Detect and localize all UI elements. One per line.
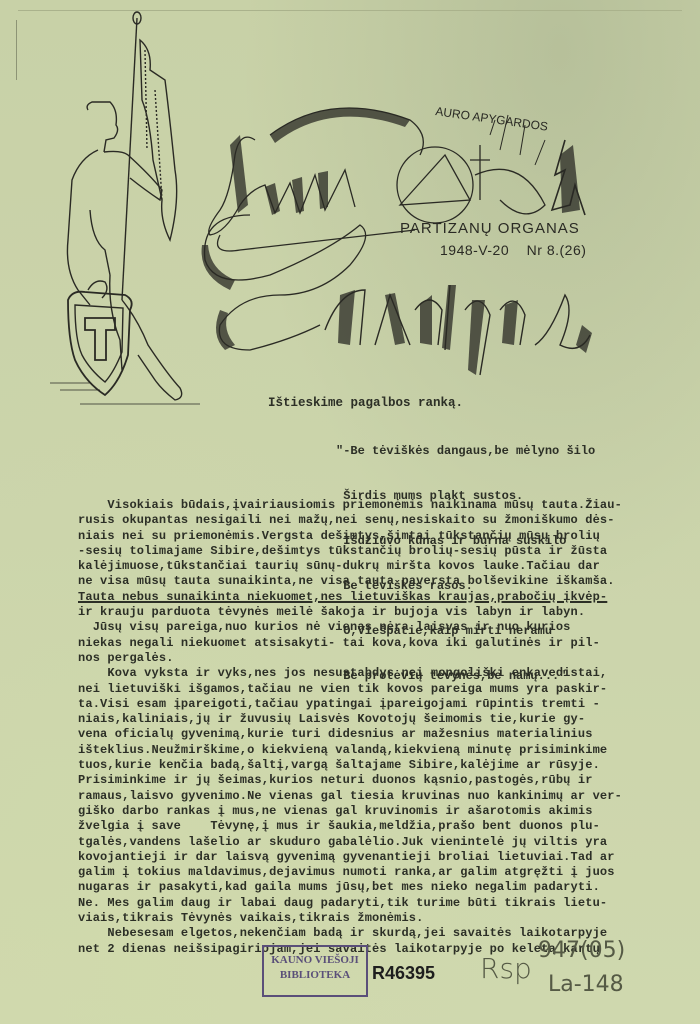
body-line: ramaus,laisvo gyvenimo.Ne vienas gal tie…: [78, 789, 688, 804]
inventory-number: R46395: [372, 963, 435, 984]
body-line: tuos,kurie kenčia badą,šaltį,vargą šalta…: [78, 758, 688, 773]
issue-number: Nr 8.(26): [527, 242, 587, 258]
body-line: kovojantieji ir dar laisvą gyvenimą gyve…: [78, 850, 688, 865]
body-line: vena oficialų gyvenimą,kurie turi didesn…: [78, 727, 688, 742]
body-line: rusis okupantas nesigaili nei mažų,nei s…: [78, 513, 688, 528]
issue-date: 1948-V-20: [440, 242, 509, 258]
body-line: galim į tokius maldavimus,dejavimus numo…: [78, 865, 688, 880]
shelf-mark-bottom: La-148: [548, 972, 624, 997]
body-line: tgalės,vandens lašelio ar skuduro gabalė…: [78, 835, 688, 850]
issue-date-number: 1948-V-20 Nr 8.(26): [440, 242, 586, 258]
masthead-calligraphy: AURO APYGARDOS: [180, 95, 630, 385]
shelf-prefix: Rsp: [480, 952, 532, 985]
body-line: Prisiminkime ir jų šeimas,kurios neturi …: [78, 773, 688, 788]
body-line: ne visa mūsų tauta sunaikinta,ne visa ta…: [78, 574, 688, 589]
body-line: Visokiais būdais,įvairiausiomis priemonė…: [78, 498, 688, 513]
body-line: išteklius.Neužmirškime,o kiekvieną valan…: [78, 743, 688, 758]
body-line: nei lietuviški išgamos,tačiau ne vien ti…: [78, 682, 688, 697]
stamp-line: BIBLIOTEKA: [264, 968, 366, 983]
body-line: niais,kaliniais,jų ir žuvusių Laisvės Ko…: [78, 712, 688, 727]
poem-line: "-Be tėviškės dangaus,be mėlyno šilo: [336, 444, 595, 459]
body-line: Ne. Mes galim daug ir labai daug padaryt…: [78, 896, 688, 911]
publication-subtitle: PARTIZANŲ ORGANAS: [400, 220, 580, 237]
body-line: viais,tikrais Tėvynės vaikais,tikrais žm…: [78, 911, 688, 926]
stamp-line: KAUNO VIEŠOJI: [264, 953, 366, 968]
body-line: Jūsų visų pareiga,nuo kurios nė vienas n…: [78, 620, 688, 635]
library-stamp: KAUNO VIEŠOJI BIBLIOTEKA: [262, 945, 368, 997]
body-line: Kova vyksta ir vyks,nes jos nesustabdys …: [78, 666, 688, 681]
shelf-mark-top: 947(05): [538, 938, 625, 963]
article-body: Visokiais būdais,įvairiausiomis priemonė…: [78, 498, 688, 957]
document-page: AURO APYGARDOS PARTIZANŲ ORGANAS 1948-V-…: [0, 0, 700, 1024]
article-title: Ištieskime pagalbos ranką.: [268, 396, 463, 410]
body-line: niekas negali niekuomet atsisakyti- tai …: [78, 636, 688, 651]
body-line: giško darbo rankas į mus,ne vienas gal k…: [78, 804, 688, 819]
body-line: ta.Visi esam įpareigoti,tačiau ypatingai…: [78, 697, 688, 712]
body-line: ir krauju parduota tėvynės meilė šakoja …: [78, 605, 688, 620]
body-line: nos pergalės.: [78, 651, 688, 666]
body-line: žvelgia į save Tėvynę,į mus ir šaukia,me…: [78, 819, 688, 834]
body-line: -sesių tolimajame Sibire,dešimtys tūksta…: [78, 544, 688, 559]
body-line-underlined: Tauta nebus sunaikinta niekuomet,nes lie…: [78, 590, 688, 605]
body-line: niais nei su priemonėmis.Vergsta dešimty…: [78, 529, 688, 544]
body-line: nugaras ir pasakyti,kad gaila mums jūsų,…: [78, 880, 688, 895]
left-margin-mark: [16, 20, 17, 80]
body-line: kalėjimuose,tūkstančiai taurių sūnų-dukr…: [78, 559, 688, 574]
